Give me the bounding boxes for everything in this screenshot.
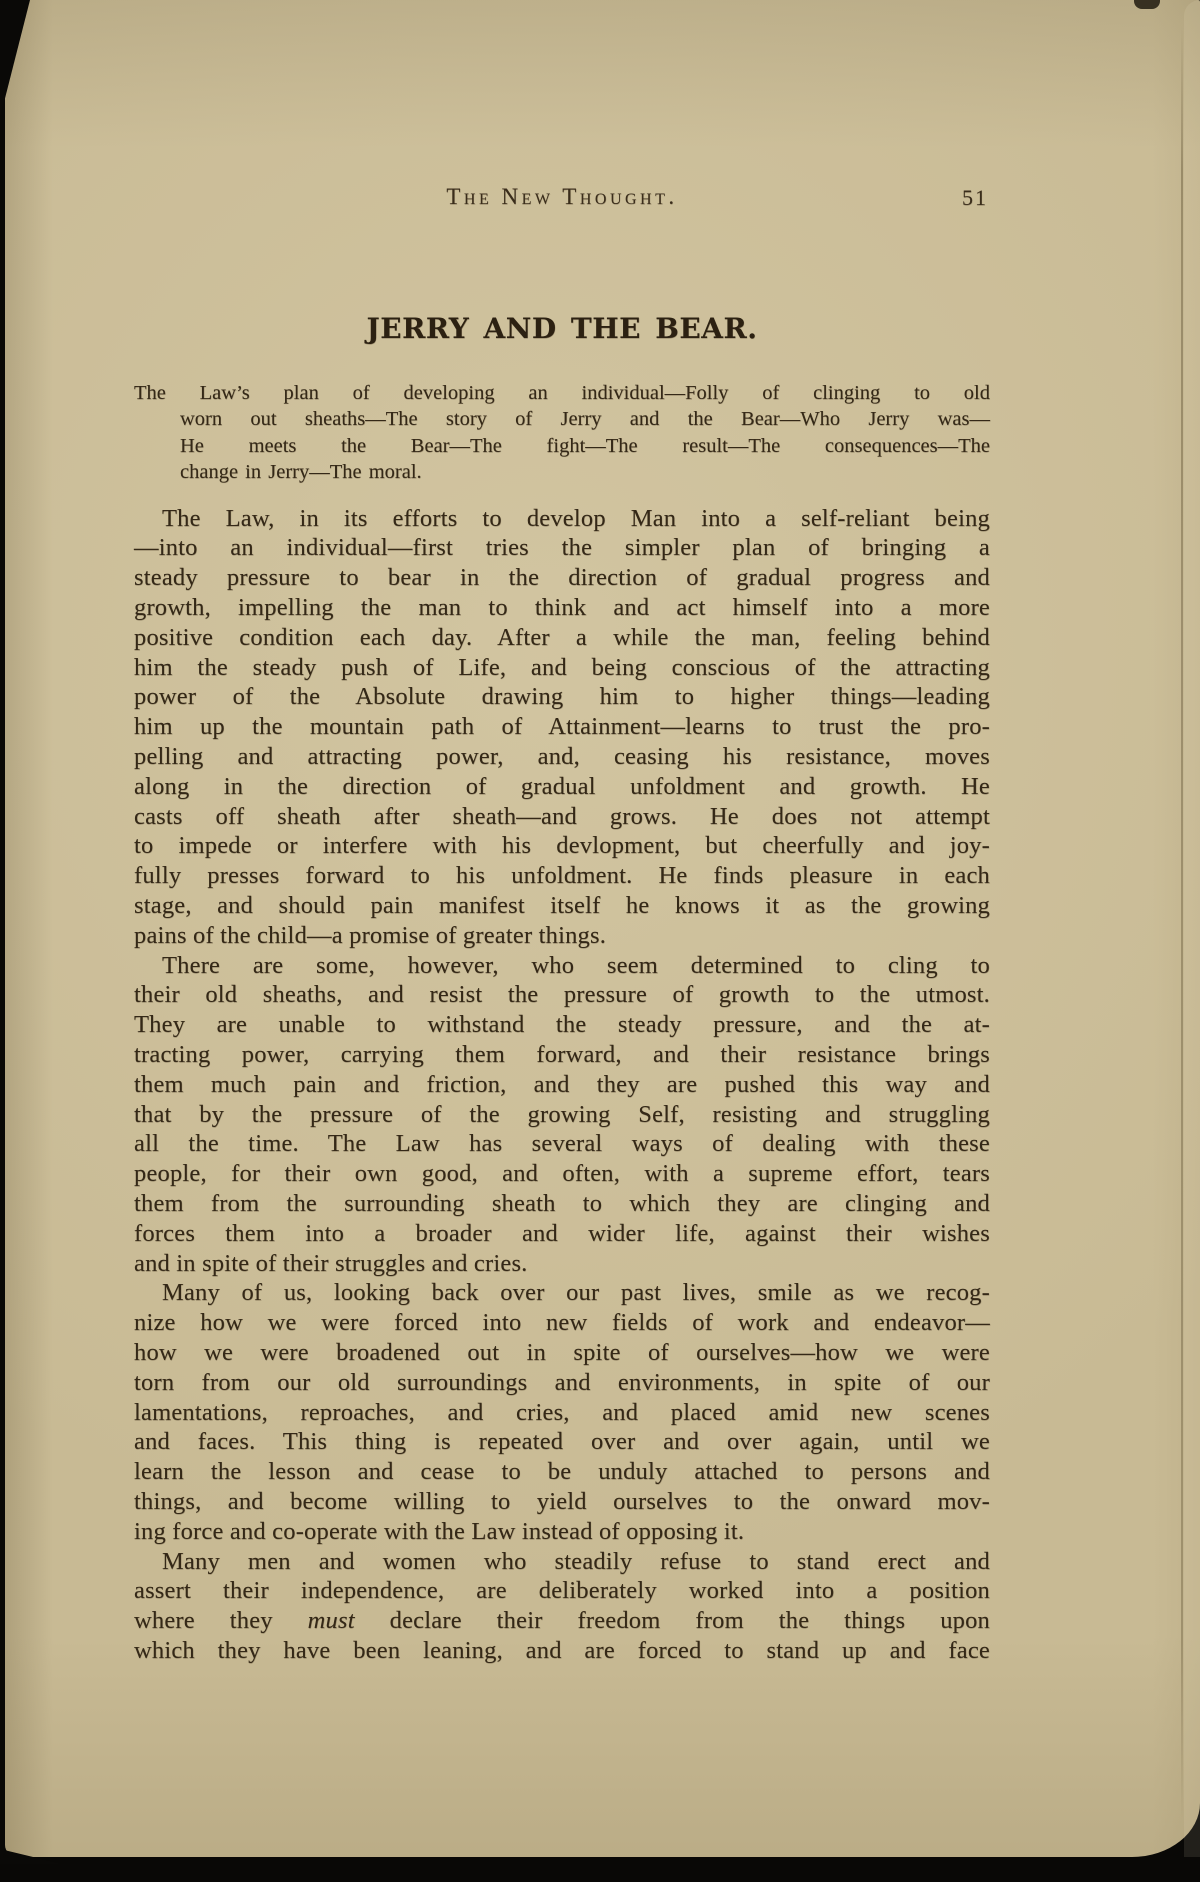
chapter-synopsis: The Law’s plan of developing an individu… bbox=[134, 380, 990, 486]
text-line: power of the Absolute drawing him to hig… bbox=[134, 682, 990, 712]
text-line: them much pain and friction, and they ar… bbox=[134, 1070, 990, 1100]
text-line: learn the lesson and cease to be unduly … bbox=[134, 1457, 990, 1487]
text-line: Many men and women who steadily refuse t… bbox=[134, 1547, 990, 1577]
text-line: torn from our old surroundings and envir… bbox=[134, 1368, 990, 1398]
book-page-scan: The New Thought. 51 JERRY AND THE BEAR. … bbox=[0, 0, 1200, 1882]
corner-mark-top-right bbox=[1134, 0, 1160, 9]
page-edge-strip bbox=[1184, 0, 1200, 1857]
text-line: worn out sheaths—The story of Jerry and … bbox=[134, 406, 990, 432]
text-line: lamentations, reproaches, and cries, and… bbox=[134, 1398, 990, 1428]
text-line: Many of us, looking back over our past l… bbox=[134, 1278, 990, 1308]
text-line: tracting power, carrying them forward, a… bbox=[134, 1040, 990, 1070]
text-line: him up the mountain path of Attainment—l… bbox=[134, 712, 990, 742]
body-text: The Law, in its efforts to develop Man i… bbox=[134, 504, 990, 1666]
text-line: and faces. This thing is repeated over a… bbox=[134, 1427, 990, 1457]
text-line: which they have been leaning, and are fo… bbox=[134, 1636, 990, 1666]
text-line: nize how we were forced into new fields … bbox=[134, 1308, 990, 1338]
text-line: all the time. The Law has several ways o… bbox=[134, 1129, 990, 1159]
text-line: positive condition each day. After a whi… bbox=[134, 623, 990, 653]
text-line: —into an individual—first tries the simp… bbox=[134, 533, 990, 563]
text-line: He meets the Bear—The fight—The result—T… bbox=[134, 433, 990, 459]
text-line: and in spite of their struggles and crie… bbox=[134, 1249, 990, 1279]
text-line: There are some, however, who seem determ… bbox=[134, 951, 990, 981]
text-line: that by the pressure of the growing Self… bbox=[134, 1100, 990, 1130]
text-line: casts off sheath after sheath—and grows.… bbox=[134, 802, 990, 832]
text-line: where they must declare their freedom fr… bbox=[134, 1606, 990, 1636]
text-line: forces them into a broader and wider lif… bbox=[134, 1219, 990, 1249]
page-header: The New Thought. 51 bbox=[134, 184, 990, 212]
text-line: to impede or interfere with his devlopme… bbox=[134, 831, 990, 861]
text-line: him the steady push of Life, and being c… bbox=[134, 653, 990, 683]
page-content: The New Thought. 51 JERRY AND THE BEAR. … bbox=[134, 0, 990, 1666]
page-number: 51 bbox=[962, 185, 988, 211]
text-line: pains of the child—a promise of greater … bbox=[134, 921, 990, 951]
running-header: The New Thought. bbox=[134, 184, 990, 210]
text-line: assert their independence, are deliberat… bbox=[134, 1576, 990, 1606]
chapter-title: JERRY AND THE BEAR. bbox=[134, 312, 990, 346]
paragraph: There are some, however, who seem determ… bbox=[134, 951, 990, 1279]
text-line: steady pressure to bear in the direction… bbox=[134, 563, 990, 593]
text-line: stage, and should pain manifest itself h… bbox=[134, 891, 990, 921]
text-line: along in the direction of gradual unfold… bbox=[134, 772, 990, 802]
text-line: ing force and co-operate with the Law in… bbox=[134, 1517, 990, 1547]
text-line: pelling and attracting power, and, ceasi… bbox=[134, 742, 990, 772]
paragraph: Many men and women who steadily refuse t… bbox=[134, 1547, 990, 1666]
text-line: The Law’s plan of developing an individu… bbox=[134, 380, 990, 406]
text-line: The Law, in its efforts to develop Man i… bbox=[134, 504, 990, 534]
paragraph: Many of us, looking back over our past l… bbox=[134, 1278, 990, 1546]
text-line: how we were broadened out in spite of ou… bbox=[134, 1338, 990, 1368]
text-line: change in Jerry—The moral. bbox=[134, 459, 990, 485]
text-line: things, and become willing to yield ours… bbox=[134, 1487, 990, 1517]
page-edge-line bbox=[1181, 26, 1183, 1822]
text-line: them from the surrounding sheath to whic… bbox=[134, 1189, 990, 1219]
text-line: They are unable to withstand the steady … bbox=[134, 1010, 990, 1040]
text-line: fully presses forward to his unfoldment.… bbox=[134, 861, 990, 891]
paragraph: The Law, in its efforts to develop Man i… bbox=[134, 504, 990, 951]
text-line: their old sheaths, and resist the pressu… bbox=[134, 980, 990, 1010]
text-line: growth, impelling the man to think and a… bbox=[134, 593, 990, 623]
text-line: people, for their own good, and often, w… bbox=[134, 1159, 990, 1189]
